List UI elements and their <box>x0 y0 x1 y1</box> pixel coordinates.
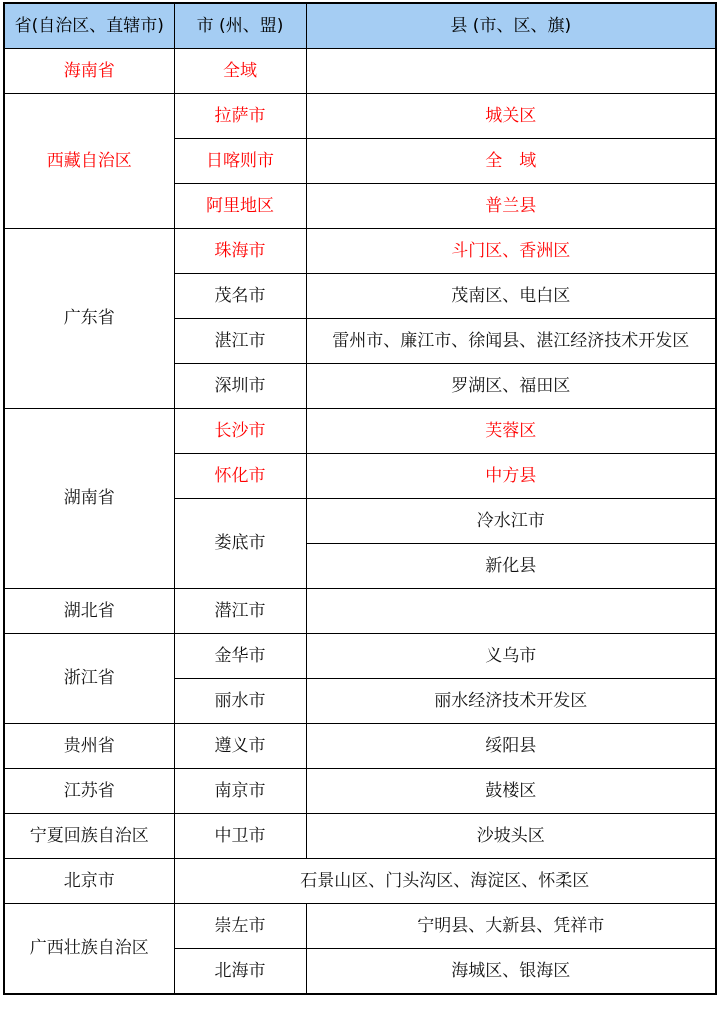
table-cell: 贵州省 <box>4 724 174 769</box>
table-cell: 冷水江市 <box>306 499 716 544</box>
table-cell: 茂名市 <box>174 274 306 319</box>
table-row: 贵州省遵义市绥阳县 <box>4 724 716 769</box>
table-cell: 芙蓉区 <box>306 409 716 454</box>
header-row: 省(自治区、直辖市) 市 (州、盟) 县 (市、区、旗) <box>4 3 716 49</box>
table-cell: 新化县 <box>306 544 716 589</box>
table-cell: 鼓楼区 <box>306 769 716 814</box>
table-header: 省(自治区、直辖市) 市 (州、盟) 县 (市、区、旗) <box>4 3 716 49</box>
table-cell: 湛江市 <box>174 319 306 364</box>
table-cell: 潜江市 <box>174 589 306 634</box>
table-cell: 宁明县、大新县、凭祥市 <box>306 904 716 949</box>
table-cell: 崇左市 <box>174 904 306 949</box>
table-cell: 茂南区、电白区 <box>306 274 716 319</box>
table-cell: 日喀则市 <box>174 139 306 184</box>
table-cell: 罗湖区、福田区 <box>306 364 716 409</box>
page: 省(自治区、直辖市) 市 (州、盟) 县 (市、区、旗) 海南省全域西藏自治区拉… <box>0 0 720 1009</box>
table-cell: 遵义市 <box>174 724 306 769</box>
table-row: 江苏省南京市鼓楼区 <box>4 769 716 814</box>
table-cell: 普兰县 <box>306 184 716 229</box>
table-cell: 广东省 <box>4 229 174 409</box>
table-cell: 广西壮族自治区 <box>4 904 174 995</box>
table-cell: 中方县 <box>306 454 716 499</box>
table-cell: 深圳市 <box>174 364 306 409</box>
table-cell: 西藏自治区 <box>4 94 174 229</box>
table-row: 湖南省长沙市芙蓉区 <box>4 409 716 454</box>
table-cell: 湖北省 <box>4 589 174 634</box>
table-row: 浙江省金华市义乌市 <box>4 634 716 679</box>
table-cell: 阿里地区 <box>174 184 306 229</box>
table-cell: 中卫市 <box>174 814 306 859</box>
table-cell: 浙江省 <box>4 634 174 724</box>
table-cell: 海城区、银海区 <box>306 949 716 995</box>
table-cell: 丽水市 <box>174 679 306 724</box>
table-cell <box>306 49 716 94</box>
table-body: 海南省全域西藏自治区拉萨市城关区日喀则市全 域阿里地区普兰县广东省珠海市斗门区、… <box>4 49 716 995</box>
header-cell-county: 县 (市、区、旗) <box>306 3 716 49</box>
table-cell: 石景山区、门头沟区、海淀区、怀柔区 <box>174 859 716 904</box>
table-cell: 金华市 <box>174 634 306 679</box>
table-cell: 义乌市 <box>306 634 716 679</box>
table-cell: 江苏省 <box>4 769 174 814</box>
table-cell: 绥阳县 <box>306 724 716 769</box>
table-cell: 丽水经济技术开发区 <box>306 679 716 724</box>
table-cell: 珠海市 <box>174 229 306 274</box>
table-row: 广西壮族自治区崇左市宁明县、大新县、凭祥市 <box>4 904 716 949</box>
table-cell: 拉萨市 <box>174 94 306 139</box>
table-cell: 全 域 <box>306 139 716 184</box>
table-cell: 北海市 <box>174 949 306 995</box>
table-row: 广东省珠海市斗门区、香洲区 <box>4 229 716 274</box>
table-cell: 北京市 <box>4 859 174 904</box>
header-cell-city: 市 (州、盟) <box>174 3 306 49</box>
table-cell: 长沙市 <box>174 409 306 454</box>
table-cell: 怀化市 <box>174 454 306 499</box>
table-row: 海南省全域 <box>4 49 716 94</box>
header-cell-province: 省(自治区、直辖市) <box>4 3 174 49</box>
region-table: 省(自治区、直辖市) 市 (州、盟) 县 (市、区、旗) 海南省全域西藏自治区拉… <box>3 2 717 995</box>
table-cell: 娄底市 <box>174 499 306 589</box>
table-cell: 雷州市、廉江市、徐闻县、湛江经济技术开发区 <box>306 319 716 364</box>
table-row: 湖北省潜江市 <box>4 589 716 634</box>
table-cell: 海南省 <box>4 49 174 94</box>
table-cell: 南京市 <box>174 769 306 814</box>
table-cell <box>306 589 716 634</box>
table-cell: 全域 <box>174 49 306 94</box>
table-row: 西藏自治区拉萨市城关区 <box>4 94 716 139</box>
table-cell: 沙坡头区 <box>306 814 716 859</box>
table-cell: 湖南省 <box>4 409 174 589</box>
table-cell: 城关区 <box>306 94 716 139</box>
table-row: 北京市石景山区、门头沟区、海淀区、怀柔区 <box>4 859 716 904</box>
table-cell: 宁夏回族自治区 <box>4 814 174 859</box>
table-row: 宁夏回族自治区中卫市沙坡头区 <box>4 814 716 859</box>
table-cell: 斗门区、香洲区 <box>306 229 716 274</box>
